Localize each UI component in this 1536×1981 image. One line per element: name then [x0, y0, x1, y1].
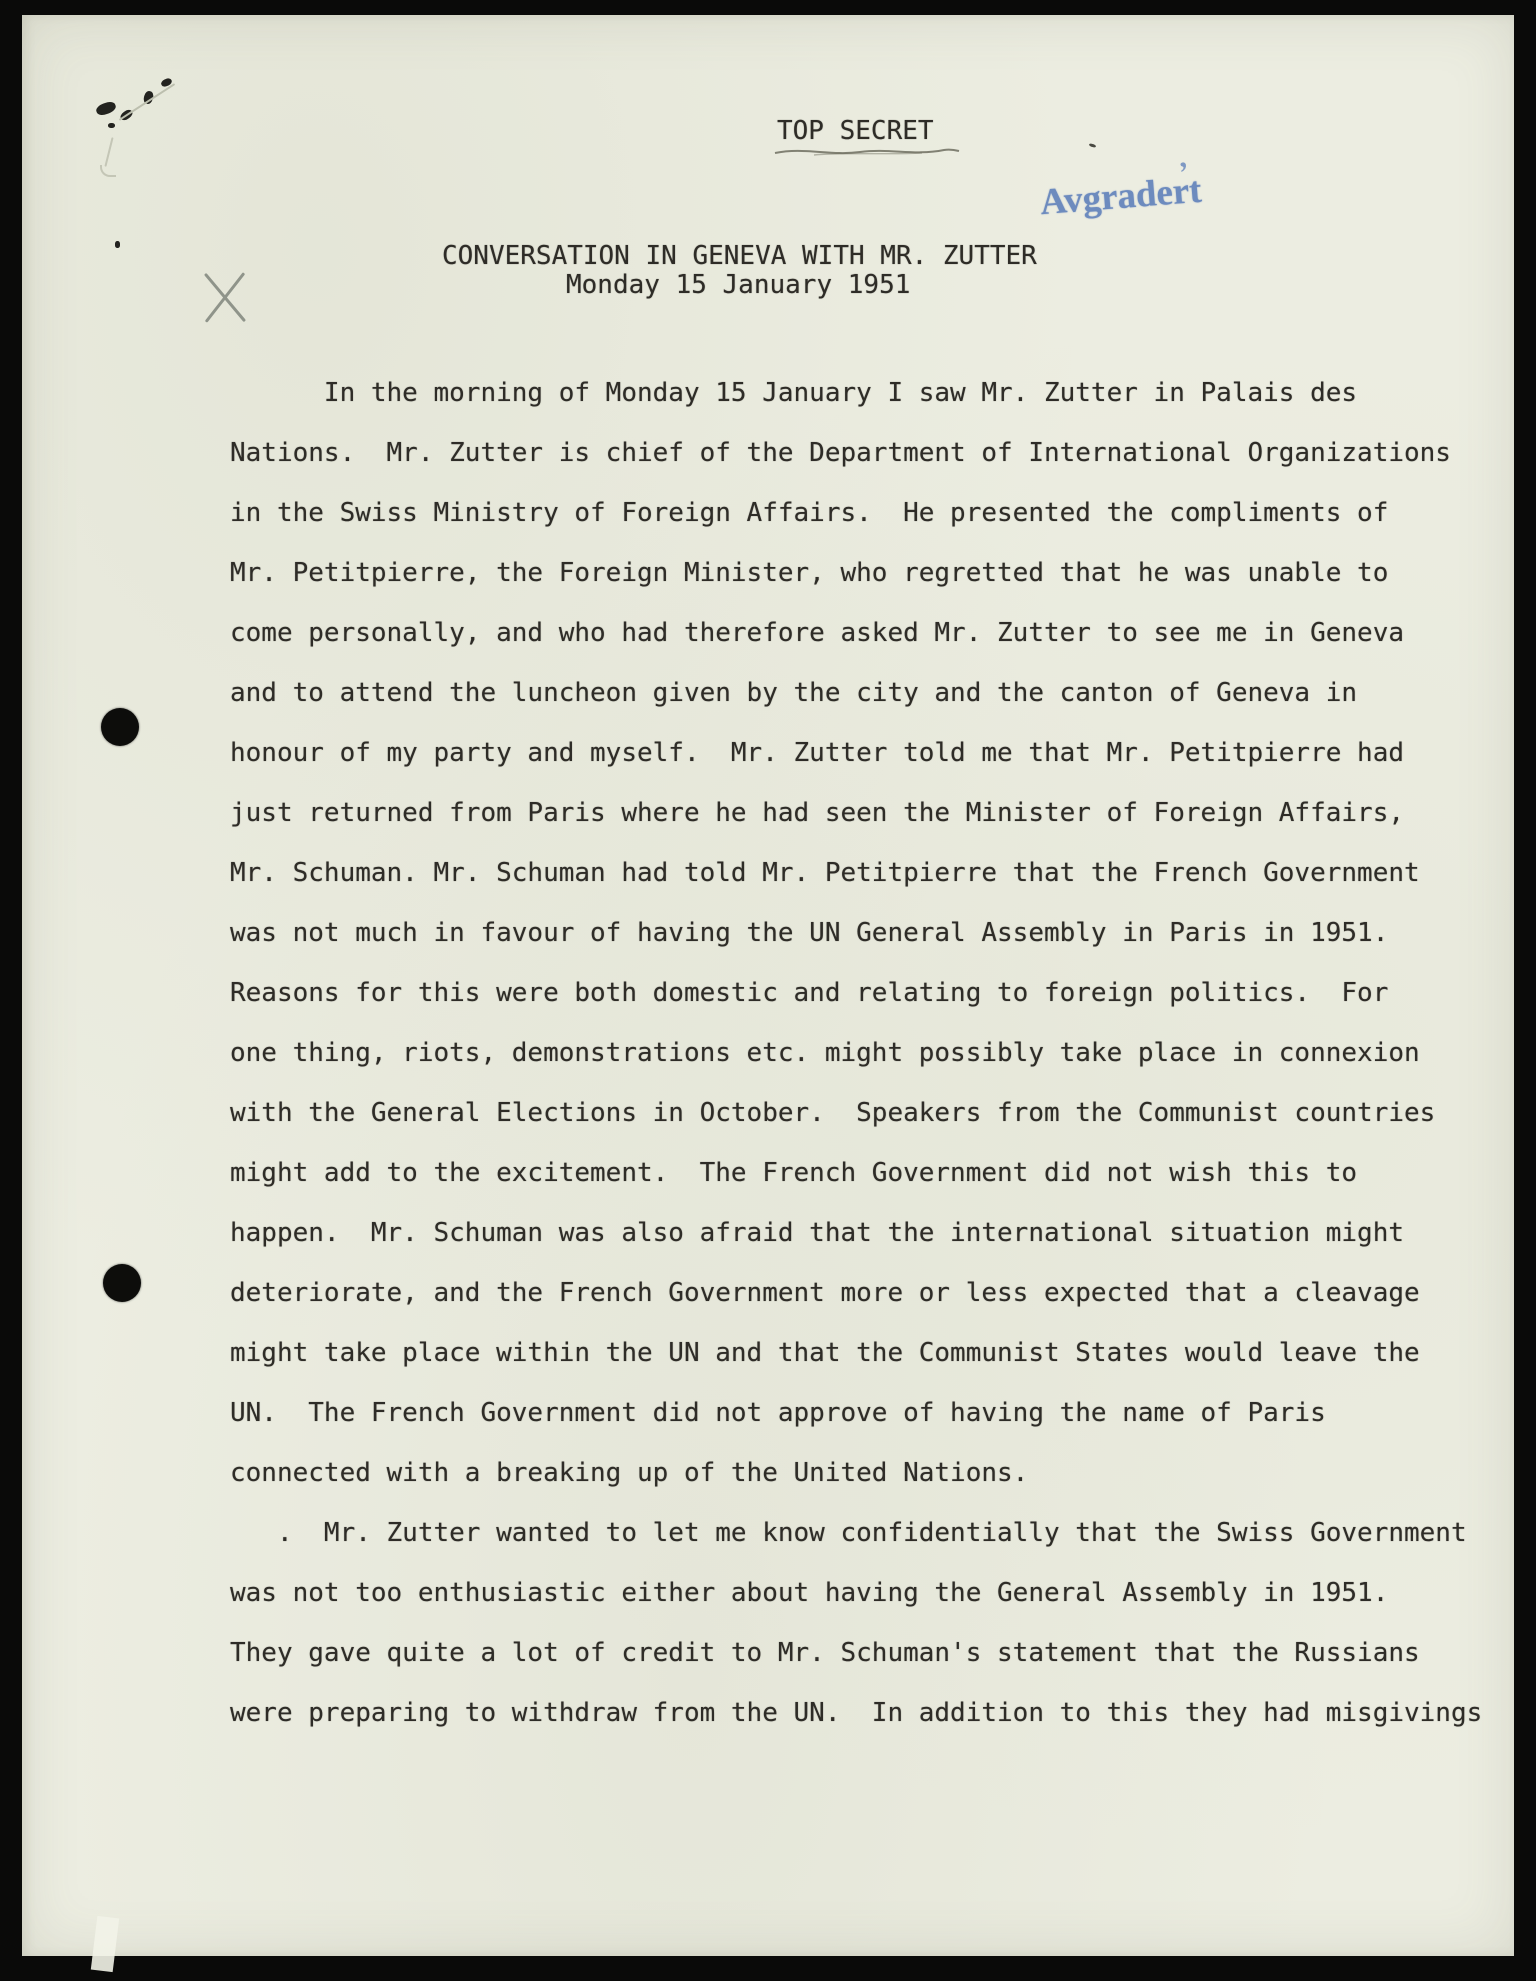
typed-line: Mr. Schuman. Mr. Schuman had told Mr. Pe…	[230, 843, 1482, 903]
typed-line: happen. Mr. Schuman was also afraid that…	[230, 1203, 1482, 1263]
typed-line: UN. The French Government did not approv…	[230, 1383, 1482, 1443]
typed-line: come personally, and who had therefore a…	[230, 603, 1482, 663]
document-body: In the morning of Monday 15 January I sa…	[230, 363, 1482, 1743]
pencil-scratch	[100, 165, 116, 177]
scanned-document-page: { "document": { "classification": "TOP S…	[0, 0, 1536, 1981]
ink-speck	[1089, 143, 1097, 148]
typed-line: were preparing to withdraw from the UN. …	[230, 1683, 1482, 1743]
typed-line: with the General Elections in October. S…	[230, 1083, 1482, 1143]
typed-line: was not too enthusiastic either about ha…	[230, 1563, 1482, 1623]
typed-line: connected with a breaking up of the Unit…	[230, 1443, 1482, 1503]
hand-drawn-underline	[772, 144, 962, 160]
typed-line: deteriorate, and the French Government m…	[230, 1263, 1482, 1323]
paper-edge-sliver	[91, 1916, 119, 1972]
ink-smudge	[108, 123, 115, 128]
typed-line: Reasons for this were both domestic and …	[230, 963, 1482, 1023]
hole-punch	[101, 708, 139, 746]
pencil-scratch	[104, 137, 113, 167]
typed-line: might take place within the UN and that …	[230, 1323, 1482, 1383]
document-title: CONVERSATION IN GENEVA WITH MR. ZUTTER	[442, 243, 1037, 269]
typed-line: Mr. Petitpierre, the Foreign Minister, w…	[230, 543, 1482, 603]
ink-smudge	[95, 100, 118, 117]
typed-line: honour of my party and myself. Mr. Zutte…	[230, 723, 1482, 783]
classification-heading: TOP SECRET	[777, 118, 934, 144]
ink-dot	[115, 241, 120, 248]
document-subtitle: Monday 15 January 1951	[566, 272, 910, 298]
typed-line: They gave quite a lot of credit to Mr. S…	[230, 1623, 1482, 1683]
hole-punch	[103, 1264, 141, 1302]
pencil-scratch	[119, 83, 175, 121]
typed-line: might add to the excitement. The French …	[230, 1143, 1482, 1203]
typed-line: . Mr. Zutter wanted to let me know confi…	[230, 1503, 1482, 1563]
typed-line: Nations. Mr. Zutter is chief of the Depa…	[230, 423, 1482, 483]
typed-line: was not much in favour of having the UN …	[230, 903, 1482, 963]
typed-line: and to attend the luncheon given by the …	[230, 663, 1482, 723]
typed-line: just returned from Paris where he had se…	[230, 783, 1482, 843]
typed-line: In the morning of Monday 15 January I sa…	[230, 363, 1482, 423]
typed-line: one thing, riots, demonstrations etc. mi…	[230, 1023, 1482, 1083]
typed-line: in the Swiss Ministry of Foreign Affairs…	[230, 483, 1482, 543]
